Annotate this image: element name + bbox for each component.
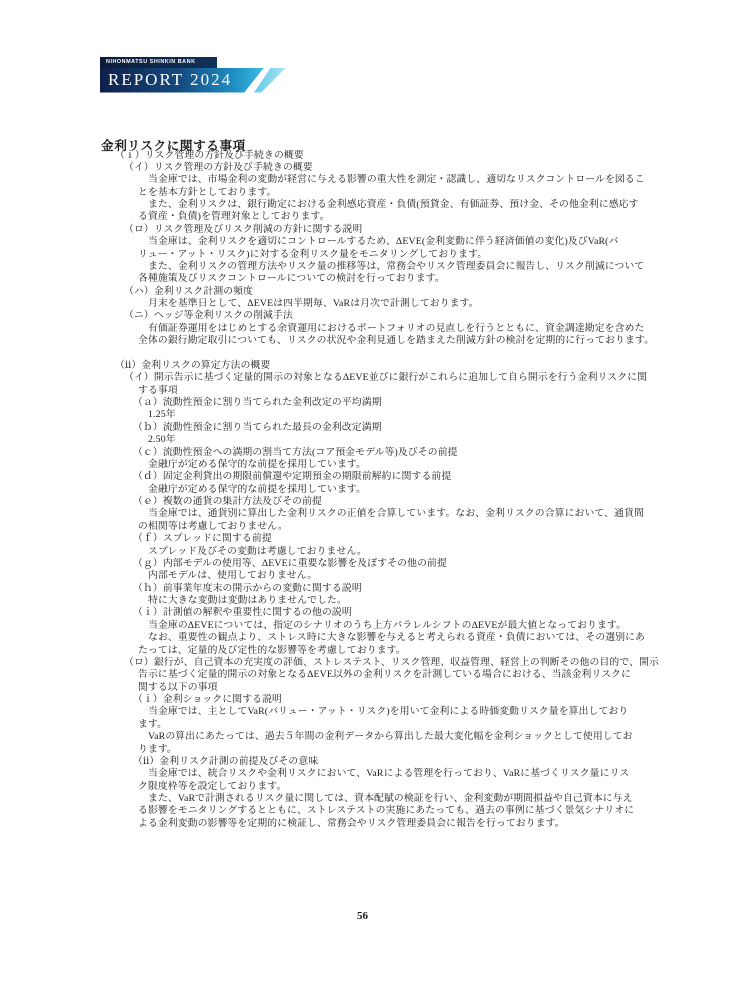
document-line: （ｈ）前事業年度末の開示からの変動に関する説明 <box>0 583 737 595</box>
document-line: 全体の銀行勘定取引についても、リスクの状況や金利見通しを踏まえた削減方針の検討を… <box>0 335 737 347</box>
document-line: （ｆ）スプレッドに関する前提 <box>0 533 737 545</box>
document-line: する事項 <box>0 385 737 397</box>
document-line: よる金利変動の影響等を定期的に検証し、常務会やリスク管理委員会に報告を行っており… <box>0 818 737 830</box>
document-line: 当金庫では、主としてVaR(バリュー・アット・リスク)を用いて金利による時価変動… <box>0 706 737 718</box>
document-line: また、金利リスクの管理方法やリスク量の推移等は、常務会やリスク管理委員会に報告し… <box>0 261 737 273</box>
document-line: 各種施策及びリスクコントロールについての検討を行っております。 <box>0 273 737 285</box>
document-line: 当金庫では、通貨別に算出した金利リスクの正値を合算しています。なお、金利リスクの… <box>0 508 737 520</box>
document-line: （ｉ）金利ショックに関する説明 <box>0 694 737 706</box>
document-line: 月末を基準日として、ΔEVEは四半期毎、VaRは月次で計測しております。 <box>0 298 737 310</box>
document-line: たっては、定量的及び定性的な影響等を考慮しております。 <box>0 645 737 657</box>
document-line: ク限度枠等を設定しております。 <box>0 781 737 793</box>
document-line: 内部モデルは、使用しておりません。 <box>0 570 737 582</box>
document-line: の相関等は考慮しておりません。 <box>0 521 737 533</box>
document-line: （イ）リスク管理の方針及び手続きの概要 <box>0 162 737 174</box>
document-line: また、VaRで計測されるリスク量に関しては、資本配賦の検証を行い、金利変動が期間… <box>0 793 737 805</box>
document-line: 関する以下の事項 <box>0 682 737 694</box>
document-line: 金融庁が定める保守的な前提を採用しています。 <box>0 459 737 471</box>
document-line: VaRの算出にあたっては、過去５年間の金利データから算出した最大変化幅を金利ショ… <box>0 731 737 743</box>
document-line: ります。 <box>0 744 737 756</box>
document-line: とを基本方針としております。 <box>0 187 737 199</box>
document-line: （ｉ）計測値の解釈や重要性に関するの他の説明 <box>0 607 737 619</box>
document-line: （ハ）金利リスク計測の頻度 <box>0 286 737 298</box>
document-line: 当金庫では、統合リスクや金利リスクにおいて、VaRによる管理を行っており、VaR… <box>0 768 737 780</box>
document-line: （ｅ）複数の通貨の集計方法及びその前提 <box>0 496 737 508</box>
document-line: （ａ）流動性預金に割り当てられた金利改定の平均満期 <box>0 397 737 409</box>
document-line: （ｇ）内部モデルの使用等、ΔEVEに重要な影響を及ぼすその他の前提 <box>0 558 737 570</box>
document-line: （ⅱ）金利リスク計測の前提及びその意味 <box>0 756 737 768</box>
document-line: 有価証券運用をはじめとする余資運用におけるポートフォリオの見直しを行うとともに、… <box>0 323 737 335</box>
blank-line <box>0 348 737 360</box>
document-line: （ｄ）固定金利貸出の期限前償還や定期預金の期限前解約に関する前提 <box>0 471 737 483</box>
document-line: （イ）開示告示に基づく定量的開示の対象となるΔEVE並びに銀行がこれらに追加して… <box>0 372 737 384</box>
document-line: なお、重要性の観点より、ストレス時に大きな影響を与えると考えられる資産・負債にお… <box>0 632 737 644</box>
document-line: スプレッド及びその変動は考慮しておりません。 <box>0 546 737 558</box>
document-line: また、金利リスクは、銀行勘定における金利感応資産・負債(預貸金、有価証券、預け金… <box>0 199 737 211</box>
document-line: ます。 <box>0 719 737 731</box>
bank-name-label: NIHONMATSU SHINKIN BANK <box>100 59 196 65</box>
page-number: 56 <box>0 910 731 922</box>
document-line: （ニ）ヘッジ等金利リスクの削減手法 <box>0 310 737 322</box>
document-line: （ロ）銀行が、自己資本の充実度の評価、ストレステスト、リスク管理、収益管理、経営… <box>0 657 737 669</box>
report-title-label: REPORT 2024 <box>100 70 232 90</box>
report-banner: NIHONMATSU SHINKIN BANK REPORT 2024 <box>100 57 300 93</box>
document-line: （ｂ）流動性預金に割り当てられた最長の金利改定満期 <box>0 422 737 434</box>
document-line: （ⅱ）金利リスクの算定方法の概要 <box>0 360 737 372</box>
document-line: （ロ）リスク管理及びリスク削減の方針に関する説明 <box>0 224 737 236</box>
document-line: 金融庁が定める保守的な前提を採用しています。 <box>0 484 737 496</box>
document-body: （ｉ）リスク管理の方針及び手続きの概要（イ）リスク管理の方針及び手続きの概要当金… <box>0 150 737 831</box>
document-line: 特に大きな変動は変動はありませんでした。 <box>0 595 737 607</box>
document-line: （ｉ）リスク管理の方針及び手続きの概要 <box>0 150 737 162</box>
document-line: 当金庫は、金利リスクを適切にコントロールするため、ΔEVE(金利変動に伴う経済価… <box>0 236 737 248</box>
report-title-bar: REPORT 2024 <box>100 68 264 93</box>
document-line: （ｃ）流動性預金への満期の割当て方法(コア預金モデル等)及びその前提 <box>0 447 737 459</box>
report-page: NIHONMATSU SHINKIN BANK REPORT 2024 金利リス… <box>0 0 737 1000</box>
bank-name-bar: NIHONMATSU SHINKIN BANK <box>100 57 217 68</box>
document-line: 当金庫では、市場金利の変動が経営に与える影響の重大性を測定・認識し、適切なリスク… <box>0 174 737 186</box>
document-line: る影響をモニタリングするとともに、ストレステストの実施にあたっても、過去の事例に… <box>0 805 737 817</box>
document-line: 2.50年 <box>0 434 737 446</box>
document-line: リュー・アット・リスク)に対する金利リスク量をモニタリングしております。 <box>0 249 737 261</box>
document-line: 告示に基づく定量的開示の対象となるΔEVE以外の金利リスクを計測している場合にお… <box>0 669 737 681</box>
document-line: 1.25年 <box>0 409 737 421</box>
document-line: 当金庫のΔEVEについては、指定のシナリオのうち上方パラレルシフトのΔEVEが最… <box>0 620 737 632</box>
document-line: る資産・負債)を管理対象としております。 <box>0 211 737 223</box>
